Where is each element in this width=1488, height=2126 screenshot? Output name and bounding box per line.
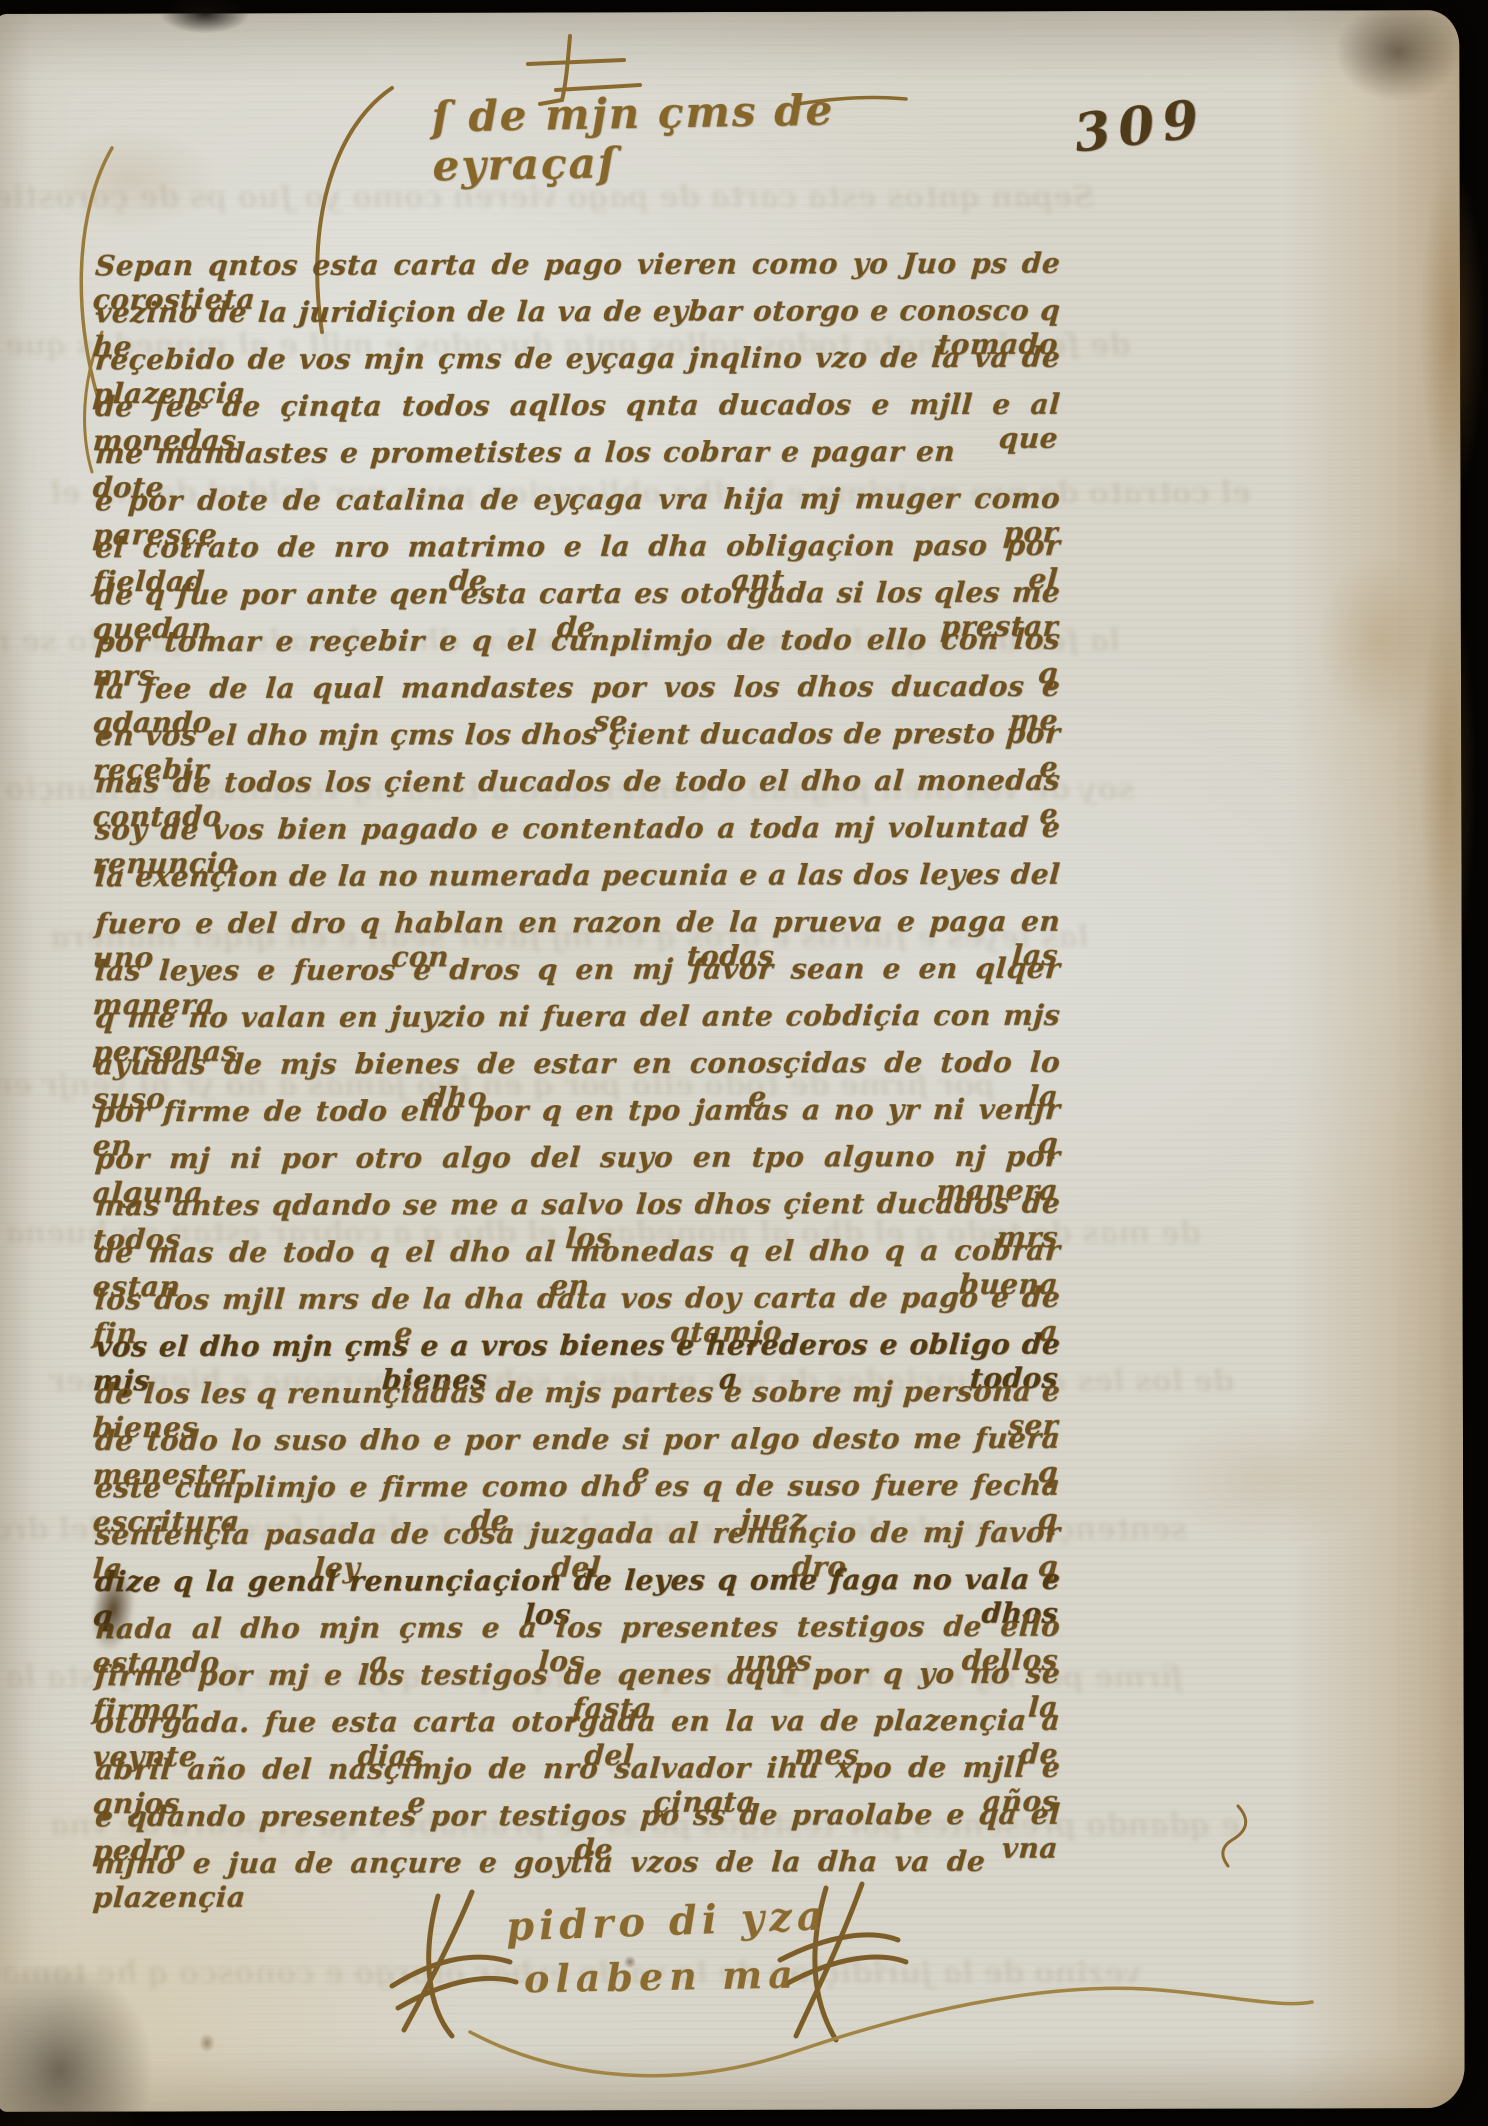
manuscript-line: de los les q renunçiadas de mjs partes e…	[94, 1375, 1062, 1418]
manuscript-line: por tomar e reçebir e q el cunplimjo de …	[94, 623, 1062, 666]
manuscript-line: ayudas de mjs bienes de estar en conosçi…	[94, 1046, 1062, 1089]
manuscript-line: las leyes e fueros e dros q en mj favor …	[94, 952, 1062, 995]
manuscript-line: el cotrato de nro matrimo e la dha oblig…	[94, 529, 1062, 572]
manuscript-line: de q fue por ante qen esta carta es otor…	[94, 576, 1062, 619]
manuscript-line: soy de vos bien pagado e contentado a to…	[94, 811, 1062, 854]
manuscript-line: Sepan qntos esta carta de pago vieren co…	[94, 247, 1062, 290]
manuscript-line: de mas de todo q el dho al monedas q el …	[94, 1234, 1062, 1277]
manuscript-line: este cunplimjo e firme como dho es q de …	[94, 1469, 1062, 1512]
manuscript-line: por firme de todo ello por q en tpo jama…	[94, 1093, 1062, 1136]
manuscript-line: e por dote de catalina de eyçaga vra hij…	[94, 482, 1062, 525]
manuscript-line: los dos mjll mrs de la dha data vos doy …	[94, 1281, 1062, 1324]
manuscript-line: mas de todos los çient ducados de todo e…	[94, 764, 1062, 807]
manuscript-line: me mandastes e prometistes a los cobrar …	[94, 435, 957, 477]
manuscript-line: la fee de la qual mandastes por vos los …	[94, 670, 1062, 713]
manuscript-line: firme por mj e los testigos de qenes aqu…	[94, 1657, 1062, 1700]
signature-surname-line: olaben ma	[524, 1952, 800, 2002]
manuscript-line: por mj ni por otro algo del suyo en tpo …	[94, 1140, 1062, 1183]
body-lines: Sepan qntos esta carta de pago vieren co…	[0, 0, 1488, 2126]
manuscript-line: q me no valan en juyzio ni fuera del ant…	[94, 999, 1062, 1042]
photograph-background: Sepan qntos esta carta de pago vieren co…	[0, 0, 1488, 2126]
manuscript-line: mas antes qdando se me a salvo los dhos …	[94, 1187, 1062, 1230]
manuscript-line: reçebido de vos mjn çms de eyçaga jnqlin…	[94, 341, 1062, 384]
manuscript-line: otorgada. fue esta carta otorgada en la …	[94, 1704, 1062, 1747]
manuscript-line: nada al dho mjn çms e a los presentes te…	[94, 1610, 1062, 1653]
manuscript-line: en vos el dho mjn çms los dhos çient duc…	[94, 717, 1062, 760]
manuscript-line: dize q la genal renunçiaçion de leyes q …	[94, 1563, 1062, 1606]
manuscript-line: mjno e jua de ançure e goytia vzos de la…	[94, 1845, 987, 1887]
manuscript-line: vos el dho mjn çms e a vros bienes e her…	[94, 1328, 1062, 1371]
manuscript-line: abril año del nasçimjo de nro salvador i…	[94, 1751, 1062, 1794]
manuscript-line: e qdando presentes por testigos po ss de…	[94, 1798, 1062, 1841]
manuscript-line: de todo lo suso dho e por ende si por al…	[94, 1422, 1062, 1465]
manuscript-line: sentençia pasada de cosa juzgada al renu…	[94, 1516, 1062, 1559]
manuscript-line: de fee de çinqta todos aqllos qnta ducad…	[94, 388, 1062, 431]
manuscript-line: vezino de la juridiçion de la va de eyba…	[94, 294, 1062, 337]
manuscript-line: la exençion de la no numerada pecunia e …	[94, 858, 1062, 901]
manuscript-line: fuero e del dro q hablan en razon de la …	[94, 905, 1062, 948]
